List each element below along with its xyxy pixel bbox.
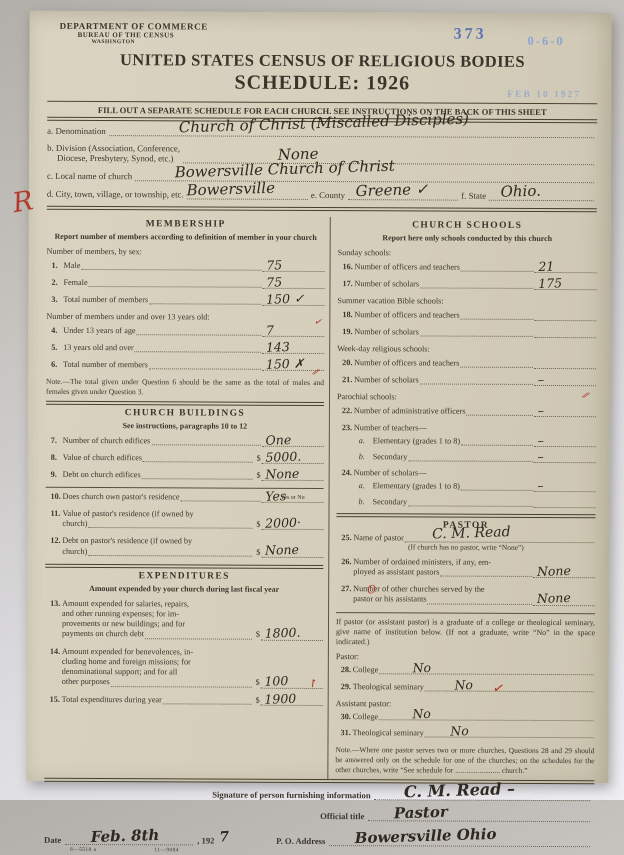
dotted-leader bbox=[420, 336, 533, 337]
note-text: Note.—The total given under Question 6 s… bbox=[46, 377, 324, 398]
divider-rule bbox=[45, 564, 323, 569]
handwritten-value: 21 bbox=[538, 259, 554, 274]
question-letter: b. bbox=[359, 497, 373, 507]
section-title: EXPENDITURES bbox=[45, 571, 323, 582]
question-number: 9. bbox=[46, 470, 63, 480]
question-label: cluding home and foreign missions; for bbox=[62, 657, 191, 668]
form-title: UNITED STATES CENSUS OF RELIGIOUS BODIES bbox=[47, 50, 597, 72]
left-column: MEMBERSHIP Report number of members acco… bbox=[44, 216, 329, 779]
question-row: 6. Total number of members 150 ✗ bbox=[46, 360, 324, 371]
handwritten-value: No bbox=[413, 706, 432, 722]
question-number: 4. bbox=[46, 326, 63, 336]
question-number: 19. bbox=[337, 327, 354, 337]
question-row: 30. College No bbox=[336, 712, 595, 723]
handwritten-value: 150 ✗ bbox=[266, 356, 305, 372]
currency-sign: $ bbox=[256, 630, 260, 640]
answer-line bbox=[534, 498, 596, 508]
question-label: Secondary bbox=[373, 452, 408, 462]
question-label: Value of church edifices bbox=[63, 453, 142, 463]
answer-line: Greene ✓ bbox=[348, 189, 458, 200]
question-row: 20. Number of officers and teachers bbox=[337, 358, 596, 369]
handwritten-value: – bbox=[537, 478, 544, 493]
answer-line bbox=[534, 359, 596, 369]
handwritten-value: 5000. bbox=[265, 448, 301, 464]
dotted-leader bbox=[149, 368, 261, 369]
question-letter: a. bbox=[359, 436, 373, 446]
question-label: Number of scholars— bbox=[354, 468, 427, 478]
question-row: 3. Total number of members 150 ✓ bbox=[46, 295, 324, 306]
question-number: 18. bbox=[337, 310, 354, 320]
question-label: provements or new buildings; and for bbox=[62, 619, 185, 630]
answer-line: 2000· bbox=[261, 520, 323, 530]
dotted-leader: No bbox=[379, 673, 594, 675]
dotted-leader: No bbox=[425, 737, 594, 739]
agency-line: WASHINGTON bbox=[92, 39, 598, 47]
field-label: d. City, town, village, or township, etc… bbox=[47, 189, 184, 200]
question-label: Number of scholars bbox=[354, 375, 419, 385]
question-row: 25. Name of pastor C. M. Read bbox=[336, 533, 595, 544]
question-label: church) bbox=[62, 519, 87, 529]
handwritten-value: Bowersville bbox=[186, 179, 275, 200]
currency-sign: $ bbox=[256, 678, 260, 688]
question-row: 28. College No bbox=[336, 665, 595, 676]
question-label: Amount expended for benevolences, in- bbox=[62, 647, 193, 658]
question-number: 5. bbox=[46, 343, 63, 353]
question-number: 15. bbox=[45, 695, 62, 705]
answer-line: 1800. bbox=[261, 630, 323, 640]
answer-line: Ohio. bbox=[489, 190, 594, 201]
question-number: 13. bbox=[45, 598, 62, 608]
question-label: Female bbox=[63, 278, 87, 288]
dotted-leader bbox=[460, 367, 533, 368]
question-row: 8. Value of church edifices $ 5000. bbox=[46, 453, 324, 464]
sub-question-row: a. Elementary (grades 1 to 8) – bbox=[359, 481, 596, 492]
handwritten-value: 75 bbox=[266, 257, 282, 272]
question-number: 7. bbox=[46, 436, 63, 446]
handwritten-value: No bbox=[413, 660, 432, 676]
field-label: c. Local name of church bbox=[47, 171, 132, 181]
answer-line: 150 ✗ bbox=[262, 361, 324, 371]
question-label: Debt on pastor's residence (if owned by bbox=[62, 536, 192, 547]
question-row: 13.Amount expended for salaries, repairs… bbox=[45, 598, 323, 640]
dotted-leader bbox=[181, 500, 261, 501]
divider-rule bbox=[46, 401, 324, 406]
red-margin-r-mark: R bbox=[10, 185, 35, 219]
question-number: 8. bbox=[46, 453, 63, 463]
question-number: 11. bbox=[45, 509, 62, 519]
dotted-leader bbox=[461, 319, 534, 320]
question-number: 26. bbox=[336, 557, 353, 567]
date-received-stamp: FEB 10 1927 bbox=[507, 90, 581, 100]
dotted-leader bbox=[143, 461, 253, 462]
answer-line: 143 bbox=[262, 344, 324, 354]
handwritten-value: 143 bbox=[266, 339, 290, 355]
question-label: Does church own pastor's residence bbox=[63, 492, 180, 502]
red-circle-mark: O bbox=[366, 583, 377, 597]
question-number: 20. bbox=[337, 358, 354, 368]
question-row: 5. 13 years old and over 143 bbox=[46, 343, 324, 354]
handwritten-value: C. M. Read bbox=[432, 524, 511, 543]
question-label: Theological seminary bbox=[353, 682, 424, 692]
question-row: 2. Female 75 bbox=[46, 278, 324, 289]
question-row: 7. Number of church edifices One bbox=[46, 436, 324, 447]
question-label: Number of administrative officers bbox=[354, 406, 466, 416]
answer-line: 75 bbox=[263, 262, 325, 272]
group-label: Number of members, by sex: bbox=[47, 247, 325, 257]
question-label: College bbox=[353, 712, 379, 722]
question-label: Number of scholars bbox=[354, 279, 419, 289]
question-row: 9. Debt on church edifices $ None bbox=[46, 470, 324, 481]
answer-line: – bbox=[534, 376, 596, 386]
inline-note: (If church has no pastor, write “None”) bbox=[336, 542, 595, 552]
question-label: and other running expenses; for im- bbox=[62, 609, 179, 620]
signature-row: Signature of person furnishing informati… bbox=[44, 787, 594, 800]
handwritten-value: Greene ✓ bbox=[355, 180, 428, 200]
dotted-leader bbox=[461, 489, 533, 490]
question-number: 31. bbox=[336, 728, 353, 738]
dotted-leader bbox=[461, 271, 534, 272]
question-label: 13 years old and over bbox=[63, 343, 134, 353]
dotted-leader bbox=[81, 269, 261, 271]
section-title: CHURCH BUILDINGS bbox=[46, 408, 324, 419]
question-row: 31. Theological seminary No bbox=[336, 728, 595, 739]
question-number: 23. bbox=[337, 423, 354, 433]
answer-line: 5000. bbox=[262, 454, 324, 464]
answer-line: None bbox=[262, 471, 324, 481]
handwritten-value: Ohio. bbox=[501, 182, 542, 201]
field-label: f. State bbox=[461, 191, 486, 201]
handwritten-value: No bbox=[454, 677, 473, 693]
question-label: Name of pastor bbox=[353, 533, 404, 543]
answer-line: – bbox=[534, 437, 596, 447]
question-label: Elementary (grades 1 to 8) bbox=[373, 436, 460, 446]
question-number: 17. bbox=[337, 279, 354, 289]
answer-line: None bbox=[261, 547, 323, 557]
answer-line: – bbox=[534, 453, 596, 463]
handwritten-value: No bbox=[450, 723, 469, 739]
group-label: Sunday schools: bbox=[338, 248, 597, 258]
dotted-leader bbox=[89, 286, 262, 288]
question-number: 27. bbox=[336, 584, 353, 594]
dotted-leader bbox=[408, 505, 532, 507]
currency-sign: $ bbox=[256, 520, 260, 530]
question-label: Amount expended for salaries, repairs, bbox=[62, 599, 189, 610]
question-row: 12.Debt on pastor's residence (if owned … bbox=[45, 536, 323, 558]
answer-line: 1900 bbox=[261, 695, 323, 705]
field-label: b. Division (Association, Conference,Dio… bbox=[47, 143, 180, 164]
question-number: 21. bbox=[337, 375, 354, 385]
handwritten-value: 2000· bbox=[265, 514, 301, 531]
sub-question-row: b. Secondary – bbox=[359, 452, 596, 463]
code-stamp: 0-6-0 bbox=[528, 34, 565, 49]
census-form-document: 373 0-6-0 FEB 10 1927 R ✓ ⁄⁄ ⁄⁄ O ✓ ✓ DE… bbox=[26, 11, 611, 784]
handwritten-value: None bbox=[265, 542, 299, 559]
handwritten-value: 175 bbox=[538, 275, 562, 291]
question-row: 29. Theological seminary No bbox=[336, 682, 595, 693]
question-label: Number of officers and teachers bbox=[354, 358, 459, 368]
question-number: 14. bbox=[45, 646, 62, 656]
question-number: 30. bbox=[336, 712, 353, 722]
group-label: Number of members under and over 13 year… bbox=[46, 312, 324, 322]
question-row: 10. Does church own pastor's residence Y… bbox=[46, 492, 324, 503]
question-label: Elementary (grades 1 to 8) bbox=[373, 481, 460, 491]
signature-section: Signature of person furnishing informati… bbox=[44, 787, 594, 800]
question-row: 14.Amount expended for benevolences, in-… bbox=[45, 646, 323, 688]
question-number: 12. bbox=[45, 536, 62, 546]
question-label: Number of scholars bbox=[354, 327, 419, 337]
dotted-leader: No bbox=[425, 690, 594, 692]
question-number: 25. bbox=[336, 533, 353, 543]
question-label: Total expenditures during year bbox=[62, 695, 162, 705]
handwritten-value: None bbox=[265, 465, 299, 481]
section-title: CHURCH SCHOOLS bbox=[338, 220, 597, 231]
section-subtitle: Amount expended by your church during la… bbox=[45, 584, 323, 595]
section-subtitle: See instructions, paragraphs 10 to 12 bbox=[46, 421, 324, 432]
currency-sign: $ bbox=[257, 471, 261, 481]
answer-line: 175 bbox=[534, 280, 596, 290]
question-row: 24. Number of scholars— bbox=[337, 468, 596, 479]
divider-rule bbox=[336, 612, 595, 614]
answer-line: None bbox=[533, 596, 595, 606]
answer-line: C. M. Read – bbox=[375, 788, 591, 800]
question-label: denominational support; and for all bbox=[62, 667, 178, 678]
field-label: e. County bbox=[311, 190, 345, 200]
divider-rule bbox=[47, 206, 597, 212]
question-label: other purposes bbox=[62, 677, 110, 687]
answer-line: Church of Christ (Miscalled Disciples) bbox=[109, 125, 594, 138]
currency-sign: $ bbox=[257, 454, 261, 464]
answer-line bbox=[534, 328, 596, 338]
question-label: Number of officers and teachers bbox=[355, 262, 460, 272]
field-label-line: Diocese, Presbytery, Synod, etc.) bbox=[57, 153, 173, 164]
question-row: 11.Value of pastor's residence (if owned… bbox=[45, 509, 323, 531]
group-label: Assistant pastor: bbox=[336, 699, 595, 709]
question-row: 15. Total expenditures during year $ 190… bbox=[45, 694, 323, 705]
question-row: 1. Male 75 bbox=[47, 261, 325, 272]
handwritten-value: 1800. bbox=[264, 625, 300, 642]
dotted-leader bbox=[420, 288, 533, 289]
question-label: Number of teachers— bbox=[354, 423, 427, 433]
question-label: Number of church edifices bbox=[63, 436, 151, 446]
handwritten-value: 150 ✓ bbox=[266, 291, 305, 307]
question-row: 18. Number of officers and teachers bbox=[337, 310, 596, 321]
handwritten-value: 75 bbox=[266, 274, 282, 289]
currency-sign: $ bbox=[256, 696, 260, 706]
question-label: Total number of members bbox=[63, 295, 148, 305]
question-label: College bbox=[353, 665, 379, 675]
question-label: Male bbox=[64, 261, 81, 271]
field-label: Signature of person furnishing informati… bbox=[212, 789, 370, 800]
question-label: Theological seminary bbox=[353, 729, 424, 739]
question-label: church) bbox=[62, 546, 87, 556]
dotted-leader bbox=[142, 478, 253, 479]
handwritten-value: 1900 bbox=[264, 690, 296, 706]
dotted-leader bbox=[111, 686, 252, 688]
answer-line: Bowersville bbox=[187, 189, 308, 201]
answer-line: 7 bbox=[262, 327, 324, 337]
question-number: 2. bbox=[46, 278, 63, 288]
instruction-paragraph: If pastor (or assistant pastor) is a gra… bbox=[336, 617, 595, 649]
dotted-leader bbox=[149, 303, 261, 304]
handwritten-value: None bbox=[537, 590, 571, 607]
group-label: Pastor: bbox=[336, 652, 595, 662]
handwritten-value: One bbox=[265, 432, 291, 448]
dotted-leader bbox=[420, 384, 533, 385]
dotted-leader bbox=[88, 555, 252, 557]
question-row: 21. Number of scholars – bbox=[337, 375, 596, 386]
yes-or-no-caption: Yes or No bbox=[262, 495, 324, 502]
handwritten-value: 100 bbox=[264, 673, 288, 689]
field-city-county-state: d. City, town, village, or township, etc… bbox=[47, 188, 597, 201]
question-letter: a. bbox=[359, 481, 373, 491]
question-number: 1. bbox=[47, 261, 64, 271]
note-text: Note.—Where one pastor serves two or mor… bbox=[335, 745, 594, 776]
dotted-leader bbox=[428, 603, 533, 604]
handwritten-value: – bbox=[537, 403, 544, 418]
handwritten-value: – bbox=[537, 449, 544, 464]
question-row: 23. Number of teachers— bbox=[337, 423, 596, 434]
question-number: 3. bbox=[46, 295, 63, 305]
field-label: a. Denomination bbox=[47, 126, 106, 136]
answer-line: 75 bbox=[262, 279, 324, 289]
answer-line: One bbox=[262, 437, 324, 447]
section-title: MEMBERSHIP bbox=[47, 219, 325, 230]
dotted-leader bbox=[466, 415, 533, 416]
handwritten-value: 7 bbox=[266, 323, 274, 338]
dotted-leader bbox=[408, 460, 532, 462]
dotted-leader bbox=[461, 445, 533, 446]
answer-line: – bbox=[534, 482, 596, 492]
question-label: Value of pastor's residence (if owned by bbox=[62, 509, 193, 520]
question-row: 19. Number of scholars bbox=[337, 327, 596, 338]
question-row: 17. Number of scholars 175 bbox=[337, 279, 596, 290]
question-row: 26.Number of ordained ministers, if any,… bbox=[336, 557, 595, 579]
handwritten-value: – bbox=[538, 372, 545, 387]
question-label: Under 13 years of age bbox=[63, 326, 135, 336]
group-label: Summer vacation Bible schools: bbox=[337, 296, 596, 306]
question-label: ployed as assistant pastors bbox=[353, 567, 439, 578]
section-subtitle: Report here only schools conducted by th… bbox=[338, 233, 597, 244]
group-label: Week-day religious schools: bbox=[337, 344, 596, 354]
dotted-leader bbox=[88, 527, 252, 529]
question-number: 29. bbox=[336, 682, 353, 692]
dotted-leader bbox=[137, 334, 262, 336]
question-label: Number of officers and teachers bbox=[354, 310, 459, 320]
question-label: pastor or his assistants bbox=[353, 595, 427, 606]
sub-question-row: b. Secondary bbox=[359, 497, 596, 508]
question-row: 16. Number of officers and teachers 21 bbox=[338, 262, 597, 273]
question-number: 16. bbox=[338, 262, 355, 272]
question-label: Secondary bbox=[373, 497, 408, 507]
dotted-leader bbox=[163, 703, 252, 704]
answer-line: – bbox=[534, 407, 596, 417]
question-label: Total number of members bbox=[63, 360, 148, 370]
two-column-body: MEMBERSHIP Report number of members acco… bbox=[44, 216, 596, 780]
question-letter: b. bbox=[359, 452, 373, 462]
field-label-line: b. Division (Association, Conference, bbox=[47, 143, 180, 154]
answer-line: 21 bbox=[535, 263, 597, 273]
answer-line: 100 bbox=[261, 678, 323, 688]
question-number: 22. bbox=[337, 406, 354, 416]
dotted-leader bbox=[151, 444, 260, 445]
handwritten-signature: C. M. Read – bbox=[404, 779, 516, 800]
question-row: 4. Under 13 years of age 7 bbox=[46, 326, 324, 337]
sub-question-row: a. Elementary (grades 1 to 8) – bbox=[359, 436, 596, 447]
identity-section: a. Denomination Church of Christ (Miscal… bbox=[47, 125, 597, 202]
question-number: 24. bbox=[337, 468, 354, 478]
answer-line bbox=[534, 311, 596, 321]
question-row: 22. Number of administrative officers – bbox=[337, 406, 596, 417]
dotted-leader bbox=[135, 351, 262, 353]
answer-line: 150 ✓ bbox=[262, 296, 324, 306]
dotted-leader bbox=[440, 576, 532, 577]
divider-rule bbox=[336, 513, 595, 518]
question-label: Number of ordained ministers, if any, em… bbox=[353, 557, 491, 568]
question-number: 10. bbox=[46, 492, 63, 502]
answer-line: None bbox=[533, 568, 595, 578]
section-subtitle: Report number of members according to de… bbox=[47, 232, 325, 243]
answer-line: YesYes or No bbox=[262, 493, 324, 503]
question-number: 28. bbox=[336, 665, 353, 675]
serial-number-stamp: 373 bbox=[454, 26, 487, 44]
group-label: Parochial schools: bbox=[337, 392, 596, 402]
handwritten-value: None bbox=[537, 562, 571, 579]
right-column: CHURCH SCHOOLS Report here only schools … bbox=[328, 217, 596, 780]
currency-sign: $ bbox=[256, 547, 260, 557]
handwritten-value: – bbox=[537, 433, 544, 448]
field-denomination: a. Denomination Church of Christ (Miscal… bbox=[47, 125, 597, 138]
question-label: Debt on church edifices bbox=[63, 470, 141, 480]
question-number: 6. bbox=[46, 360, 63, 370]
dotted-leader: No bbox=[379, 720, 594, 722]
dotted-leader bbox=[145, 638, 252, 639]
question-label: payments on church debt bbox=[62, 629, 144, 640]
